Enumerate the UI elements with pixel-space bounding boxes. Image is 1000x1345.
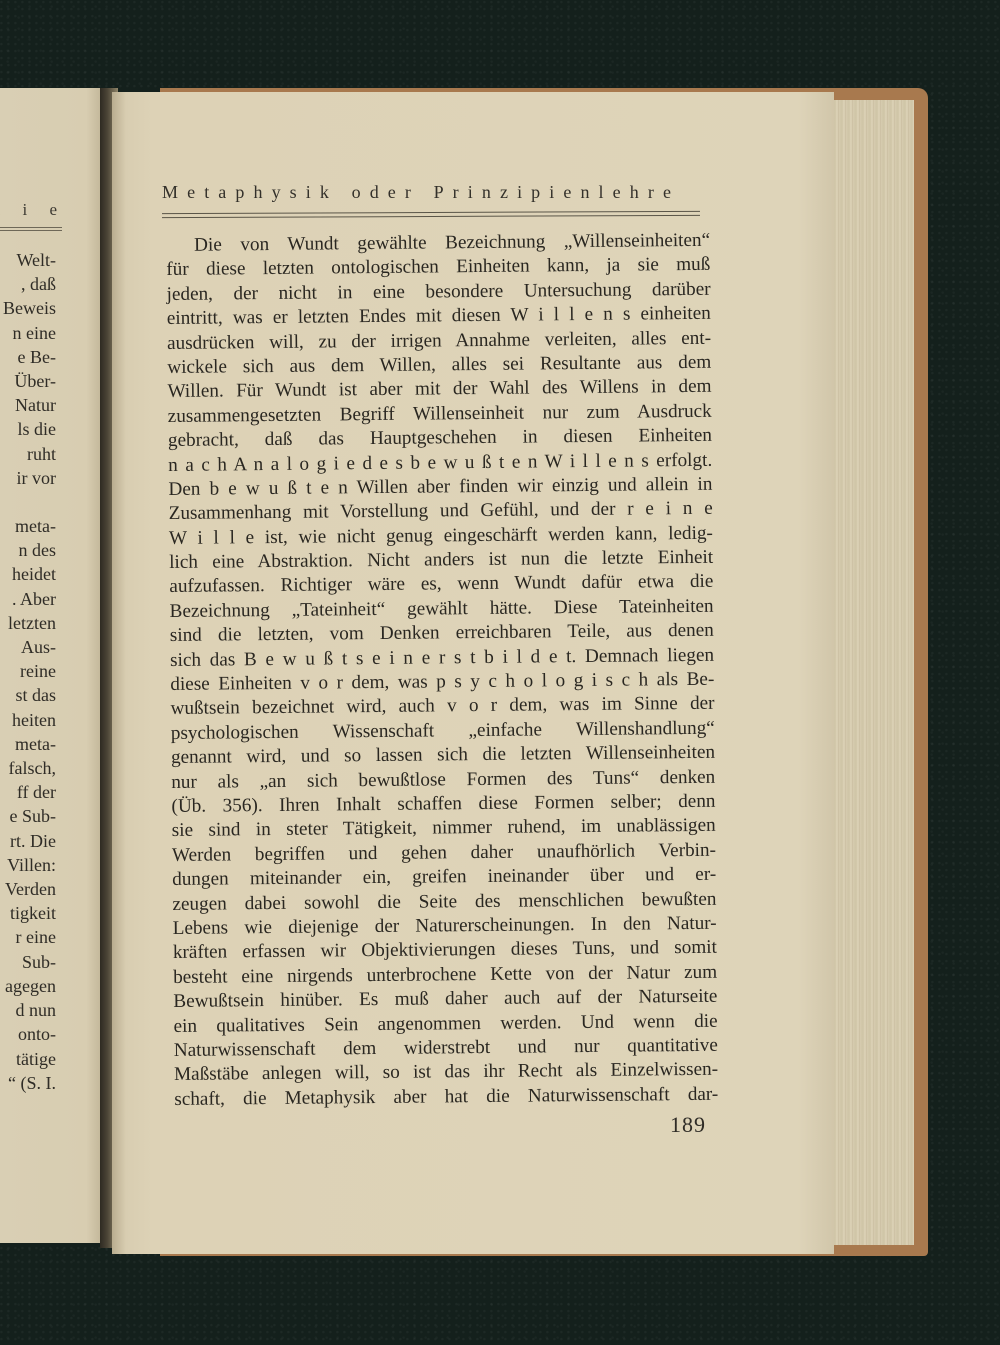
left-text-fragment: e Sub-: [3, 804, 56, 828]
left-text-fragment: reine: [3, 659, 56, 683]
left-text-fragment: letzten: [3, 611, 56, 635]
left-text-fragment: “ (S. I.: [3, 1071, 56, 1095]
running-head: Metaphysik oder Prinzipienlehre: [162, 182, 700, 203]
left-text-fragment: ff der: [3, 780, 56, 804]
left-text-fragment: Aus-: [3, 635, 56, 659]
left-page: h i e Welt-, daßBeweisn einee Be-Über-Na…: [0, 88, 108, 1243]
left-text-fragment: meta-: [3, 732, 56, 756]
left-text-fragment: Welt-: [3, 248, 56, 272]
left-text-fragment: r eine: [3, 925, 56, 949]
left-text-fragment: heidet: [3, 562, 56, 586]
left-text-fragment: tätige: [3, 1047, 56, 1071]
left-text-fragment: ls die: [3, 417, 56, 441]
left-running-head: h i e: [0, 200, 66, 220]
left-text-fragment: ir vor: [3, 466, 56, 490]
left-text-fragment: , daß: [3, 272, 56, 296]
left-text-fragment: e Be-: [3, 345, 56, 369]
body-text: Die von Wundt gewählte Bezeichnung „Will…: [166, 229, 718, 1112]
left-text-fragment: [3, 490, 56, 514]
left-text-fragment: Natur: [3, 393, 56, 417]
left-text-fragment: n des: [3, 538, 56, 562]
page-edges: [832, 100, 914, 1245]
left-text-fragment: Verden: [3, 877, 56, 901]
left-head-rule: [0, 227, 62, 231]
left-text-fragment: meta-: [3, 514, 56, 538]
left-text-fragment: ruht: [3, 442, 56, 466]
left-text-fragment: agegen: [3, 974, 56, 998]
left-text-fragment: st das: [3, 683, 56, 707]
left-text-fragment: tigkeit: [3, 901, 56, 925]
left-text-fragment: Über-: [3, 369, 56, 393]
left-text-fragment: falsch,: [3, 756, 56, 780]
left-text-fragment: Villen:: [3, 853, 56, 877]
left-text-fragment: n eine: [3, 321, 56, 345]
left-text-fragment: Sub-: [3, 950, 56, 974]
left-text-fragment: Beweis: [3, 296, 56, 320]
left-text-fragment: rt. Die: [3, 829, 56, 853]
left-text-fragment: . Aber: [3, 587, 56, 611]
left-text-fragment: onto-: [3, 1022, 56, 1046]
text-line: schaft, die Metaphysik aber hat die Natu…: [174, 1082, 718, 1112]
page-number: 189: [670, 1112, 706, 1138]
left-page-text: Welt-, daßBeweisn einee Be-Über-Naturls …: [3, 248, 56, 1095]
left-text-fragment: heiten: [3, 708, 56, 732]
left-text-fragment: d nun: [3, 998, 56, 1022]
